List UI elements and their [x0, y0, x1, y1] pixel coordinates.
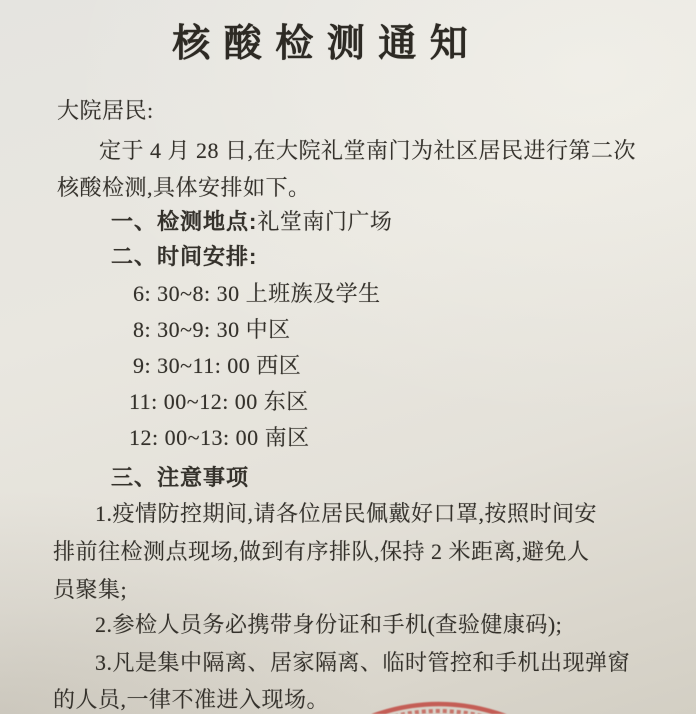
section-location-label: 一、检测地点:	[111, 209, 257, 234]
schedule-item: 12: 00~13: 00 南区	[129, 424, 310, 452]
note-line: 的人员,一律不准进入现场。	[53, 686, 329, 714]
schedule-item: 8: 30~9: 30 中区	[133, 316, 291, 344]
notice-document: 核 酸 检 测 通 知 大院居民: 定于 4 月 28 日,在大院礼堂南门为社区…	[0, 0, 696, 714]
note-line: 1.疫情防控期间,请各位居民佩戴好口罩,按照时间安	[95, 500, 597, 528]
note-line: 员聚集;	[53, 576, 127, 604]
section-location: 一、检测地点:礼堂南门广场	[111, 208, 392, 236]
note-line: 排前往检测点现场,做到有序排队,保持 2 米距离,避免人	[53, 538, 590, 566]
intro-line-1: 定于 4 月 28 日,在大院礼堂南门为社区居民进行第二次	[99, 137, 636, 165]
section-notes-label: 三、注意事项	[111, 464, 249, 492]
schedule-item: 11: 00~12: 00 东区	[129, 388, 309, 416]
schedule-item: 9: 30~11: 00 西区	[133, 352, 301, 380]
schedule-item: 6: 30~8: 30 上班族及学生	[133, 280, 381, 308]
document-title: 核 酸 检 测 通 知	[0, 12, 669, 67]
official-seal-icon	[340, 690, 540, 714]
note-line: 2.参检人员务必携带身份证和手机(查验健康码);	[95, 611, 562, 639]
note-line: 3.凡是集中隔离、居家隔离、临时管控和手机出现弹窗	[95, 649, 630, 677]
greeting-line: 大院居民:	[57, 97, 154, 125]
section-schedule-label: 二、时间安排:	[111, 243, 257, 271]
intro-line-2: 核酸检测,具体安排如下。	[57, 174, 311, 202]
section-location-value: 礼堂南门广场	[257, 209, 392, 234]
